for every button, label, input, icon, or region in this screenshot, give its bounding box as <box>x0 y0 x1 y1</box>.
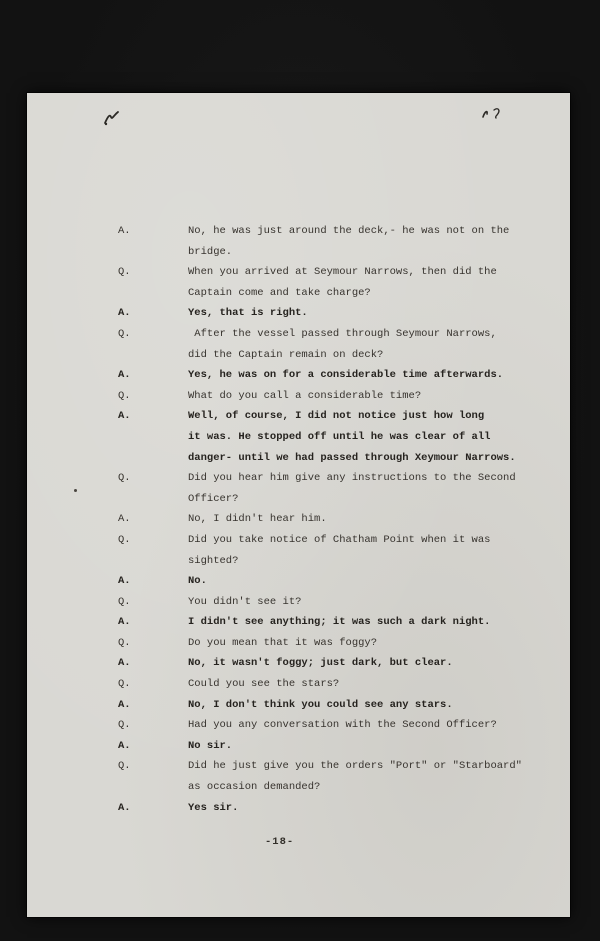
entry-text: No, it wasn't foggy; just dark, but clea… <box>188 653 558 674</box>
transcript-entry: Q. Did you take notice of Chatham Point … <box>118 530 558 571</box>
entry-text: Did you hear him give any instructions t… <box>188 468 558 509</box>
transcript-entry: A. No, he was just around the deck,- he … <box>118 221 558 262</box>
speaker-label: Q. <box>118 674 188 695</box>
transcript-line: bridge. <box>188 242 558 263</box>
transcript-line: Did he just give you the orders "Port" o… <box>188 756 558 777</box>
transcript-entry: Q. What do you call a considerable time? <box>118 386 558 407</box>
speaker-label: A. <box>118 571 188 592</box>
speaker-label: A. <box>118 736 188 757</box>
entry-text: No, I didn't hear him. <box>188 509 558 530</box>
transcript-line: did the Captain remain on deck? <box>188 345 558 366</box>
transcript-entry: A. No, it wasn't foggy; just dark, but c… <box>118 653 558 674</box>
entry-text: I didn't see anything; it was such a dar… <box>188 612 558 633</box>
transcript-line: No, he was just around the deck,- he was… <box>188 221 558 242</box>
pencil-tick-pair-icon <box>479 105 505 123</box>
entry-text: No. <box>188 571 558 592</box>
transcript-line: Had you any conversation with the Second… <box>188 715 558 736</box>
transcript-entry: A. Well, of course, I did not notice jus… <box>118 406 558 468</box>
speaker-label: Q. <box>118 324 188 345</box>
transcript-line: After the vessel passed through Seymour … <box>188 324 558 345</box>
entry-text: You didn't see it? <box>188 592 558 613</box>
speaker-label: Q. <box>118 530 188 551</box>
transcript-line: Yes sir. <box>188 798 558 819</box>
transcript-entry: Q. Do you mean that it was foggy? <box>118 633 558 654</box>
speaker-label: Q. <box>118 756 188 777</box>
speaker-label: A. <box>118 653 188 674</box>
transcript-entry: Q. Had you any conversation with the Sec… <box>118 715 558 736</box>
speaker-label: A. <box>118 406 188 427</box>
transcript-line: No sir. <box>188 736 558 757</box>
entry-text: Had you any conversation with the Second… <box>188 715 558 736</box>
transcript-entry: Q. Could you see the stars? <box>118 674 558 695</box>
transcript-entry: A. No sir. <box>118 736 558 757</box>
entry-text: Yes, that is right. <box>188 303 558 324</box>
transcript-line: No, I don't think you could see any star… <box>188 695 558 716</box>
ink-dot <box>74 489 77 492</box>
transcript-line: Yes, that is right. <box>188 303 558 324</box>
entry-text: Well, of course, I did not notice just h… <box>188 406 558 468</box>
transcript-line: Could you see the stars? <box>188 674 558 695</box>
speaker-label: Q. <box>118 262 188 283</box>
entry-text: Could you see the stars? <box>188 674 558 695</box>
speaker-label: Q. <box>118 715 188 736</box>
speaker-label: A. <box>118 365 188 386</box>
transcript-line: No, it wasn't foggy; just dark, but clea… <box>188 653 558 674</box>
pencil-squiggle-icon <box>101 107 125 129</box>
entry-text: Yes sir. <box>188 798 558 819</box>
speaker-label: A. <box>118 612 188 633</box>
transcript-entry: A. Yes sir. <box>118 798 558 819</box>
page-number: -18- <box>265 836 294 848</box>
entry-text: No sir. <box>188 736 558 757</box>
transcript-entry: Q. When you arrived at Seymour Narrows, … <box>118 262 558 303</box>
speaker-label: A. <box>118 509 188 530</box>
transcript-entry: A. No. <box>118 571 558 592</box>
speaker-label: Q. <box>118 592 188 613</box>
speaker-label: A. <box>118 798 188 819</box>
entry-text: Did he just give you the orders "Port" o… <box>188 756 558 797</box>
transcript-entry: Q. Did you hear him give any instruction… <box>118 468 558 509</box>
transcript-entry: Q. After the vessel passed through Seymo… <box>118 324 558 365</box>
speaker-label: A. <box>118 303 188 324</box>
transcript-line: I didn't see anything; it was such a dar… <box>188 612 558 633</box>
speaker-label: Q. <box>118 468 188 489</box>
entry-text: After the vessel passed through Seymour … <box>188 324 558 365</box>
transcript-entry: Q. You didn't see it? <box>118 592 558 613</box>
speaker-label: A. <box>118 695 188 716</box>
transcript-line: When you arrived at Seymour Narrows, the… <box>188 262 558 283</box>
transcript-line: You didn't see it? <box>188 592 558 613</box>
transcript-entry: A. I didn't see anything; it was such a … <box>118 612 558 633</box>
transcript-line: Did you hear him give any instructions t… <box>188 468 558 489</box>
transcript-line: danger- until we had passed through Xeym… <box>188 448 558 469</box>
transcript-line: What do you call a considerable time? <box>188 386 558 407</box>
entry-text: What do you call a considerable time? <box>188 386 558 407</box>
transcript-line: Do you mean that it was foggy? <box>188 633 558 654</box>
speaker-label: Q. <box>118 633 188 654</box>
entry-text: Yes, he was on for a considerable time a… <box>188 365 558 386</box>
transcript-line: sighted? <box>188 551 558 572</box>
transcript-line: No, I didn't hear him. <box>188 509 558 530</box>
transcript-line: Yes, he was on for a considerable time a… <box>188 365 558 386</box>
entry-text: Did you take notice of Chatham Point whe… <box>188 530 558 571</box>
transcript-entry: A. Yes, that is right. <box>118 303 558 324</box>
transcript-line: it was. He stopped off until he was clea… <box>188 427 558 448</box>
entry-text: When you arrived at Seymour Narrows, the… <box>188 262 558 303</box>
document-page: A. No, he was just around the deck,- he … <box>27 93 570 917</box>
transcript: A. No, he was just around the deck,- he … <box>118 221 558 818</box>
transcript-line: Well, of course, I did not notice just h… <box>188 406 558 427</box>
transcript-line: as occasion demanded? <box>188 777 558 798</box>
scan-background: A. No, he was just around the deck,- he … <box>0 0 600 941</box>
speaker-label: A. <box>118 221 188 242</box>
entry-text: No, he was just around the deck,- he was… <box>188 221 558 262</box>
transcript-line: Did you take notice of Chatham Point whe… <box>188 530 558 551</box>
transcript-entry: A. No, I didn't hear him. <box>118 509 558 530</box>
transcript-line: No. <box>188 571 558 592</box>
transcript-line: Officer? <box>188 489 558 510</box>
transcript-entry: A. Yes, he was on for a considerable tim… <box>118 365 558 386</box>
transcript-entry: Q. Did he just give you the orders "Port… <box>118 756 558 797</box>
speaker-label: Q. <box>118 386 188 407</box>
transcript-entry: A. No, I don't think you could see any s… <box>118 695 558 716</box>
entry-text: No, I don't think you could see any star… <box>188 695 558 716</box>
entry-text: Do you mean that it was foggy? <box>188 633 558 654</box>
transcript-line: Captain come and take charge? <box>188 283 558 304</box>
